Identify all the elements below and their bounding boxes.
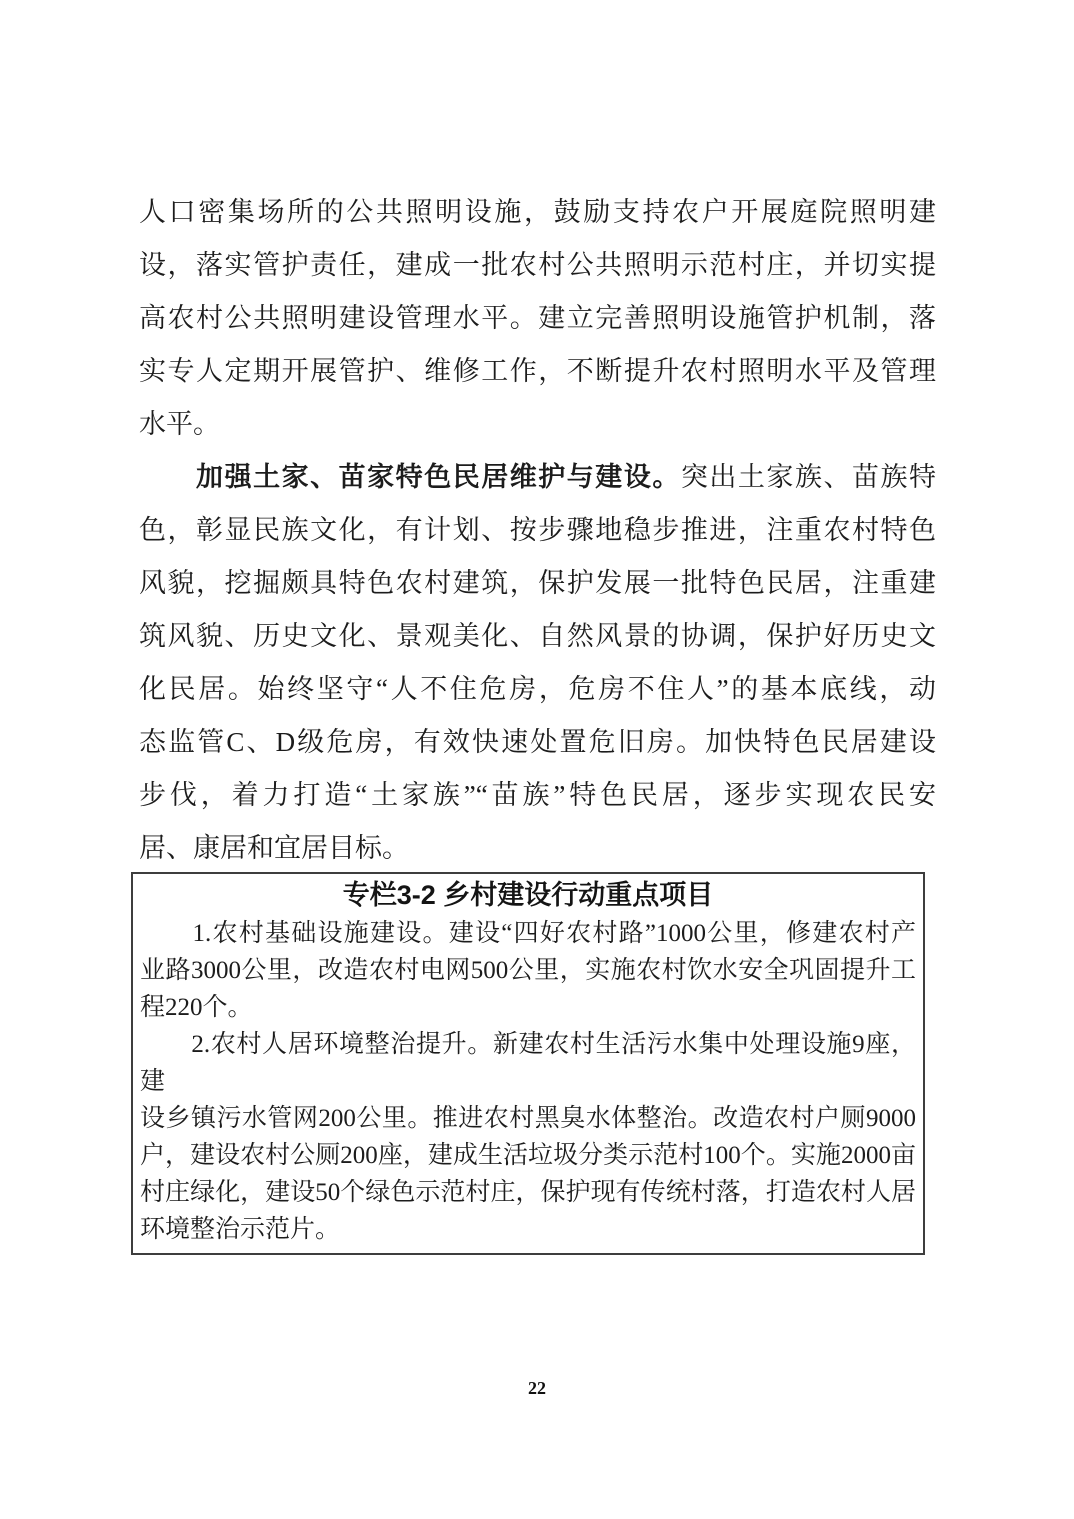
text-line: 实专人定期开展管护、维修工作，不断提升农村照明水平及管理 bbox=[139, 345, 936, 398]
paragraph-rural-lighting: 人口密集场所的公共照明设施，鼓励支持农户开展庭院照明建设，落实管护责任，建成一批… bbox=[139, 186, 936, 451]
text-segment: 1.农村基础设施建设。建设“四好农村路”1000公里，修建农村产 bbox=[140, 920, 916, 947]
text-segment: 步伐，着力打造“土家族”“苗族”特色民居，逐步实现农民安 bbox=[139, 780, 936, 810]
text-line: 1.农村基础设施建设。建设“四好农村路”1000公里，修建农村产 bbox=[140, 915, 916, 952]
page-number: 22 bbox=[0, 1378, 1074, 1399]
text-line: 高农村公共照明建设管理水平。建立完善照明设施管护机制，落 bbox=[139, 292, 936, 345]
callout-box-item-infrastructure: 1.农村基础设施建设。建设“四好农村路”1000公里，修建农村产业路3000公里… bbox=[140, 915, 916, 1026]
callout-box-rural-construction: 专栏3-2 乡村建设行动重点项目 1.农村基础设施建设。建设“四好农村路”100… bbox=[131, 872, 925, 1255]
document-page: 人口密集场所的公共照明设施，鼓励支持农户开展庭院照明建设，落实管护责任，建成一批… bbox=[0, 0, 1074, 1519]
text-segment: 态监管C、D级危房，有效快速处置危旧房。加快特色民居建设 bbox=[139, 727, 936, 757]
text-line: 居、康居和宜居目标。 bbox=[139, 822, 936, 875]
text-line: 2.农村人居环境整治提升。新建农村生活污水集中处理设施9座，建 bbox=[140, 1026, 916, 1100]
text-line: 设，落实管护责任，建成一批农村公共照明示范村庄，并切实提 bbox=[139, 239, 936, 292]
text-segment: 居、康居和宜居目标。 bbox=[139, 833, 409, 863]
text-line: 村庄绿化，建设50个绿色示范村庄，保护现有传统村落，打造农村人居 bbox=[140, 1174, 916, 1211]
text-segment: 化民居。始终坚守“人不住危房，危房不住人”的基本底线，动 bbox=[139, 674, 936, 704]
text-segment: 色，彰显民族文化，有计划、按步骤地稳步推进，注重农村特色 bbox=[139, 515, 936, 545]
text-segment: 风貌，挖掘颇具特色农村建筑，保护发展一批特色民居，注重建 bbox=[139, 568, 936, 598]
text-segment: 环境整治示范片。 bbox=[140, 1216, 340, 1243]
body-text: 人口密集场所的公共照明设施，鼓励支持农户开展庭院照明建设，落实管护责任，建成一批… bbox=[139, 186, 936, 875]
text-line: 态监管C、D级危房，有效快速处置危旧房。加快特色民居建设 bbox=[139, 716, 936, 769]
text-segment: 筑风貌、历史文化、景观美化、自然风景的协调，保护好历史文 bbox=[139, 621, 936, 651]
text-line: 程220个。 bbox=[140, 989, 916, 1026]
text-segment: 突出土家族、苗族特 bbox=[681, 462, 936, 492]
text-line: 业路3000公里，改造农村电网500公里，实施农村饮水安全巩固提升工 bbox=[140, 952, 916, 989]
text-segment: 设乡镇污水管网200公里。推进农村黑臭水体整治。改造农村户厕9000 bbox=[140, 1105, 916, 1132]
text-segment: 实专人定期开展管护、维修工作，不断提升农村照明水平及管理 bbox=[139, 356, 936, 386]
text-line: 户，建设农村公厕200座，建成生活垃圾分类示范村100个。实施2000亩 bbox=[140, 1137, 916, 1174]
text-line: 筑风貌、历史文化、景观美化、自然风景的协调，保护好历史文 bbox=[139, 610, 936, 663]
callout-box-title: 专栏3-2 乡村建设行动重点项目 bbox=[140, 875, 916, 915]
text-segment: 村庄绿化，建设50个绿色示范村庄，保护现有传统村落，打造农村人居 bbox=[140, 1179, 916, 1206]
text-segment: 业路3000公里，改造农村电网500公里，实施农村饮水安全巩固提升工 bbox=[140, 957, 916, 984]
text-line: 人口密集场所的公共照明设施，鼓励支持农户开展庭院照明建 bbox=[139, 186, 936, 239]
paragraph-ethnic-dwellings: 加强土家、苗家特色民居维护与建设。突出土家族、苗族特色，彰显民族文化，有计划、按… bbox=[139, 451, 936, 875]
text-segment: 人口密集场所的公共照明设施，鼓励支持农户开展庭院照明建 bbox=[139, 197, 936, 227]
text-line: 步伐，着力打造“土家族”“苗族”特色民居，逐步实现农民安 bbox=[139, 769, 936, 822]
text-segment: 程220个。 bbox=[140, 994, 253, 1021]
text-line: 水平。 bbox=[139, 398, 936, 451]
text-line: 设乡镇污水管网200公里。推进农村黑臭水体整治。改造农村户厕9000 bbox=[140, 1100, 916, 1137]
text-line: 色，彰显民族文化，有计划、按步骤地稳步推进，注重农村特色 bbox=[139, 504, 936, 557]
text-segment bbox=[139, 462, 196, 492]
text-line: 环境整治示范片。 bbox=[140, 1211, 916, 1248]
text-line: 风貌，挖掘颇具特色农村建筑，保护发展一批特色民居，注重建 bbox=[139, 557, 936, 610]
bold-lead-sentence: 加强土家、苗家特色民居维护与建设。 bbox=[196, 462, 681, 492]
callout-box-item-living-environment: 2.农村人居环境整治提升。新建农村生活污水集中处理设施9座，建设乡镇污水管网20… bbox=[140, 1026, 916, 1248]
text-line: 化民居。始终坚守“人不住危房，危房不住人”的基本底线，动 bbox=[139, 663, 936, 716]
text-segment: 户，建设农村公厕200座，建成生活垃圾分类示范村100个。实施2000亩 bbox=[140, 1142, 916, 1169]
text-segment: 2.农村人居环境整治提升。新建农村生活污水集中处理设施9座，建 bbox=[140, 1031, 916, 1095]
text-segment: 高农村公共照明建设管理水平。建立完善照明设施管护机制，落 bbox=[139, 303, 936, 333]
text-line: 加强土家、苗家特色民居维护与建设。突出土家族、苗族特 bbox=[139, 451, 936, 504]
text-segment: 设，落实管护责任，建成一批农村公共照明示范村庄，并切实提 bbox=[139, 250, 936, 280]
text-segment: 水平。 bbox=[139, 409, 220, 439]
